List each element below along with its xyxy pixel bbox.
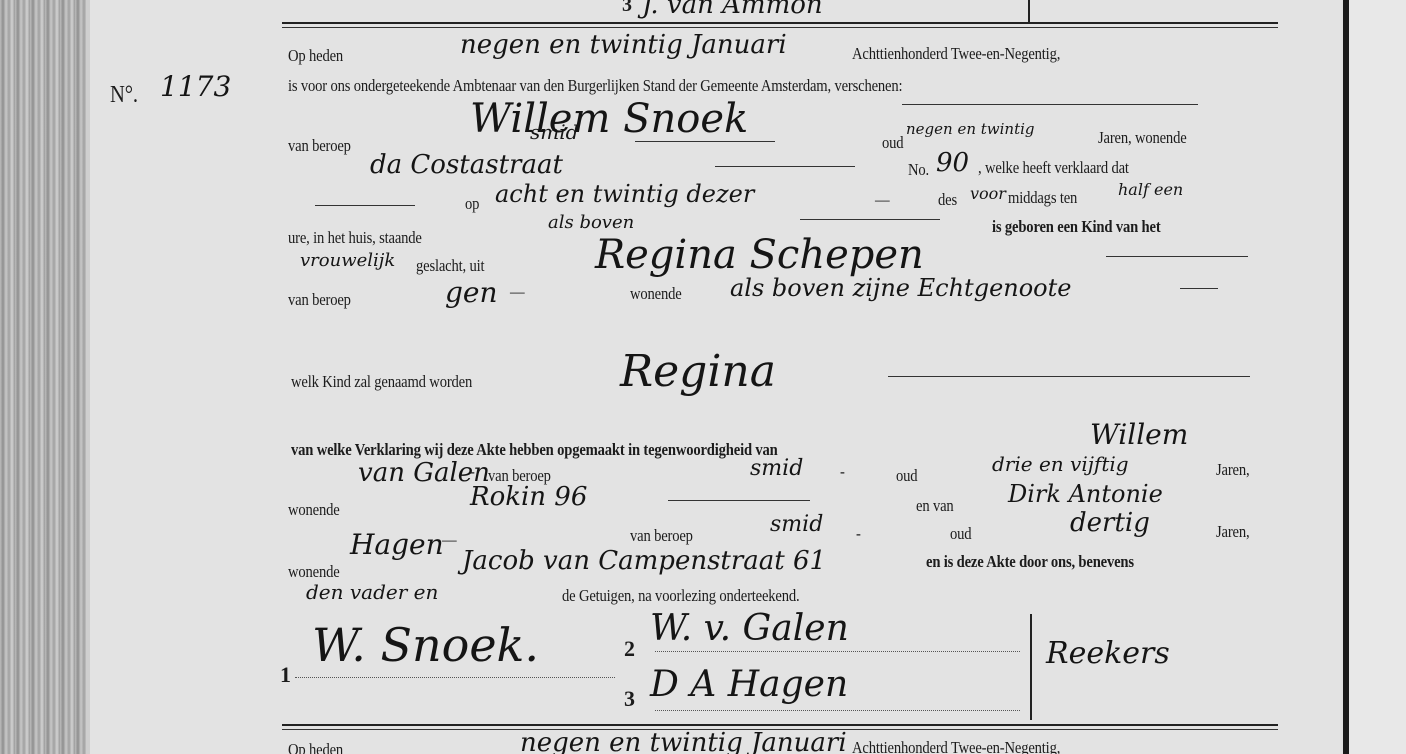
hw-date: negen en twintig Januari (460, 30, 787, 60)
hw-declarant-age: negen en twintig (906, 120, 1035, 138)
hw-house-number: 90 (936, 148, 969, 178)
printed-oud-3: oud (950, 524, 971, 544)
prev-brace (1028, 0, 1030, 22)
printed-dash: — (442, 530, 456, 550)
hw-child-name: Regina (620, 346, 776, 397)
signature-witness-1: W. v. Galen (650, 608, 849, 649)
printed-dash: - (470, 462, 475, 482)
signature-line-3 (655, 710, 1020, 711)
hw-declarant-street: da Costastraat (370, 150, 563, 180)
printed-dash: — (510, 282, 524, 302)
printed-oud: oud (882, 133, 903, 153)
hw-witness2-age: dertig (1070, 508, 1150, 538)
hw-house-location: als boven (548, 212, 634, 233)
hw-mother-residence: als boven zijne Echtgenoote (730, 274, 1071, 302)
printed-ure-huis: ure, in het huis, staande (288, 228, 422, 248)
printed-dash: - (856, 524, 861, 544)
hw-mother-occupation: gen (445, 276, 498, 309)
printed-jaren-1: Jaren, (1216, 460, 1249, 480)
printed-en-van: en van (916, 496, 954, 516)
line-fill (800, 219, 940, 220)
line-fill (668, 500, 810, 501)
signature-declarant: W. Snoek. (312, 618, 539, 672)
register-page: 3 J. van Ammon N°. 1173 Op heden negen e… (90, 0, 1343, 754)
printed-oud-2: oud (896, 466, 917, 486)
printed-jaren-2: Jaren, (1216, 522, 1249, 542)
printed-dash: - (840, 462, 845, 482)
printed-year: Achttienhonderd Twee-en-Negentig, (852, 44, 1060, 64)
line-fill (635, 141, 775, 142)
prev-witness-number: 3 (622, 0, 632, 17)
printed-welk-kind: welk Kind zal genaamd worden (291, 372, 472, 392)
hw-witness1-address: Rokin 96 (470, 482, 587, 512)
printed-en-is-deze: en is deze Akte door ons, benevens (926, 552, 1134, 572)
printed-van-beroep-2: van beroep (288, 290, 351, 310)
hw-declarant-occupation: smid (530, 120, 578, 144)
printed-wonende-3: wonende (288, 562, 340, 582)
entry-number-label: N°. (110, 82, 138, 109)
printed-is-geboren: is geboren een Kind van het (992, 217, 1161, 237)
printed-jaren-wonende: Jaren, wonende (1098, 128, 1187, 148)
signature-brace (1030, 614, 1032, 720)
hw-den-vader-en: den vader en (306, 580, 438, 604)
prev-witness-signature: J. van Ammon (642, 0, 823, 20)
hw-birth-date: acht en twintig dezer (495, 180, 754, 208)
printed-verklaring: van welke Verklaring wij deze Akte hebbe… (291, 440, 778, 460)
signature-line-1 (295, 677, 615, 678)
book-spine-page-edges (0, 0, 90, 754)
hw-witness2-occupation: smid (770, 512, 823, 537)
hw-witness1-age: drie en vijftig (992, 452, 1129, 476)
signature-line-2 (655, 651, 1020, 652)
printed-op: op (465, 194, 479, 214)
hw-witness1-first: Willem (1090, 418, 1188, 451)
signature-witness-2: D A Hagen (650, 664, 848, 705)
printed-middags-ten: middags ten (1008, 188, 1077, 208)
next-printed-year: Achttienhonderd Twee-en-Negentig, (852, 738, 1060, 754)
printed-getuigen: de Getuigen, na voorlezing onderteekend. (562, 586, 800, 606)
printed-des: des (938, 190, 957, 210)
printed-van-beroep-4: van beroep (630, 526, 693, 546)
line-fill (888, 376, 1250, 377)
entry-divider-bottom (282, 724, 1278, 726)
signature-number-1: 1 (280, 662, 291, 688)
line-fill (1180, 288, 1218, 289)
hw-declarant-name: Willem Snoek (470, 96, 748, 142)
next-printed-op-heden: Op heden (288, 740, 343, 754)
hw-witness1-occupation: smid (750, 456, 803, 481)
printed-geslacht-uit: geslacht, uit (416, 256, 484, 276)
hw-birth-time: half een (1118, 180, 1183, 199)
printed-no: No. (908, 160, 929, 180)
printed-wonende: wonende (630, 284, 682, 304)
printed-welke-heeft: , welke heeft verklaard dat (978, 158, 1129, 178)
hw-witness2-first: Dirk Antonie (1008, 480, 1163, 508)
hw-voor-na: voor (970, 184, 1006, 203)
entry-divider-top-2 (282, 27, 1278, 28)
line-fill (1106, 256, 1248, 257)
printed-van-beroep: van beroep (288, 136, 351, 156)
entry-number: 1173 (160, 70, 231, 103)
signature-official: Reekers (1046, 636, 1170, 671)
hw-sex: vrouwelijk (300, 250, 395, 271)
line-fill (715, 166, 855, 167)
signature-number-2: 2 (624, 636, 635, 662)
line-fill (902, 104, 1198, 105)
background-beyond-page (1349, 0, 1406, 754)
hw-witness2-address: Jacob van Campenstraat 61 (462, 546, 826, 576)
printed-op-heden: Op heden (288, 46, 343, 66)
signature-number-3: 3 (624, 686, 635, 712)
line-fill (315, 205, 415, 206)
printed-dash: — (875, 190, 889, 210)
entry-divider-top (282, 22, 1278, 24)
printed-line-2: is voor ons ondergeteekende Ambtenaar va… (288, 76, 902, 96)
hw-witness2-last: Hagen (350, 528, 444, 561)
hw-mother-name: Regina Schepen (595, 232, 924, 278)
printed-wonende-2: wonende (288, 500, 340, 520)
next-hw-date: negen en twintig Januari (520, 728, 847, 754)
